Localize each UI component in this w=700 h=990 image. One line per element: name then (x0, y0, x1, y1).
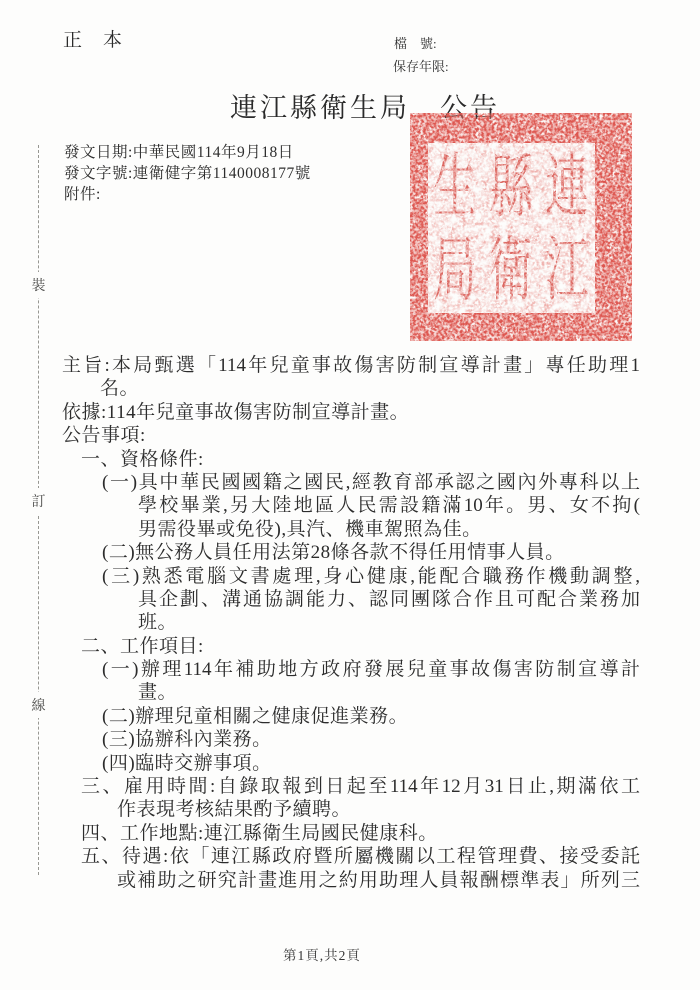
attachment-label: 附件: (64, 184, 311, 205)
body-line: 畫。 (62, 681, 640, 704)
svg-text:局: 局 (433, 230, 477, 309)
body-line: 學校畢業,另大陸地區人民需設籍滿10年。男、女不拘( (62, 494, 640, 517)
svg-text:生: 生 (433, 147, 477, 226)
binding-mark-zhuang: 裝 (30, 272, 47, 298)
binding-mark-ding: 訂 (30, 488, 47, 514)
body-line: 班。 (62, 611, 640, 634)
retention-period-label: 保存年限: (393, 56, 449, 75)
body-line: (三)協辦科內業務。 (62, 728, 640, 751)
body-line: 一、資格條件: (62, 448, 640, 471)
body-line: (四)臨時交辦事項。 (62, 752, 640, 775)
body-line: 五、待遇:依「連江縣政府暨所屬機關以工程管理費、接受委託 (62, 845, 640, 868)
announcement-body: 主旨:本局甄選「114年兒童事故傷害防制宣導計畫」專任助理1名。依據:114年兒… (62, 354, 640, 892)
body-line: (二)辦理兒童相關之健康促進業務。 (62, 705, 640, 728)
svg-text:江: 江 (545, 230, 589, 309)
body-line: 具企劃、溝通協調能力、認同團隊合作且可配合業務加 (62, 588, 640, 611)
binding-mark-xian: 線 (30, 692, 47, 718)
svg-text:縣: 縣 (489, 147, 534, 226)
body-line: 四、工作地點:連江縣衛生局國民健康科。 (62, 822, 640, 845)
body-line: 名。 (62, 377, 640, 400)
body-line: (一)辦理114年補助地方政府發展兒童事故傷害防制宣導計 (62, 658, 640, 681)
body-line: 主旨:本局甄選「114年兒童事故傷害防制宣導計畫」專任助理1 (62, 354, 640, 377)
copy-type-label: 正 本 (63, 25, 123, 52)
issue-date: 發文日期:中華民國114年9月18日 (64, 142, 311, 163)
file-number-label: 檔 號: (394, 33, 437, 52)
body-line: 依據:114年兒童事故傷害防制宣導計畫。 (62, 401, 640, 424)
svg-text:衛: 衛 (489, 230, 533, 309)
body-line: (一)具中華民國國籍之國民,經教育部承認之國內外專科以上 (62, 471, 640, 494)
body-line: 三、雇用時間:自錄取報到日起至114年12月31日止,期滿依工 (62, 775, 640, 798)
svg-text:連: 連 (545, 147, 589, 226)
reference-number: 發文字號:連衛健字第1140008177號 (64, 163, 311, 184)
body-line: 作表現考核結果酌予續聘。 (62, 798, 640, 821)
body-line: 或補助之研究計畫進用之約用助理人員報酬標準表」所列三 (62, 869, 640, 892)
body-line: 男需役畢或免役),具汽、機車駕照為佳。 (62, 518, 640, 541)
body-line: (三)熟悉電腦文書處理,身心健康,能配合職務作機動調整, (62, 565, 640, 588)
page-number: 第1頁,共2頁 (283, 944, 361, 964)
official-seal: 連 江 縣 衛 生 局 (408, 110, 634, 344)
document-page: 正 本 檔 號: 保存年限: 連江縣衛生局 公告 發文日期:中華民國114年9月… (0, 0, 700, 990)
body-line: 二、工作項目: (62, 635, 640, 658)
body-line: (二)無公務人員任用法第28條各款不得任用情事人員。 (62, 541, 640, 564)
body-line: 公告事項: (62, 424, 640, 447)
document-meta: 發文日期:中華民國114年9月18日 發文字號:連衛健字第1140008177號… (64, 142, 311, 205)
